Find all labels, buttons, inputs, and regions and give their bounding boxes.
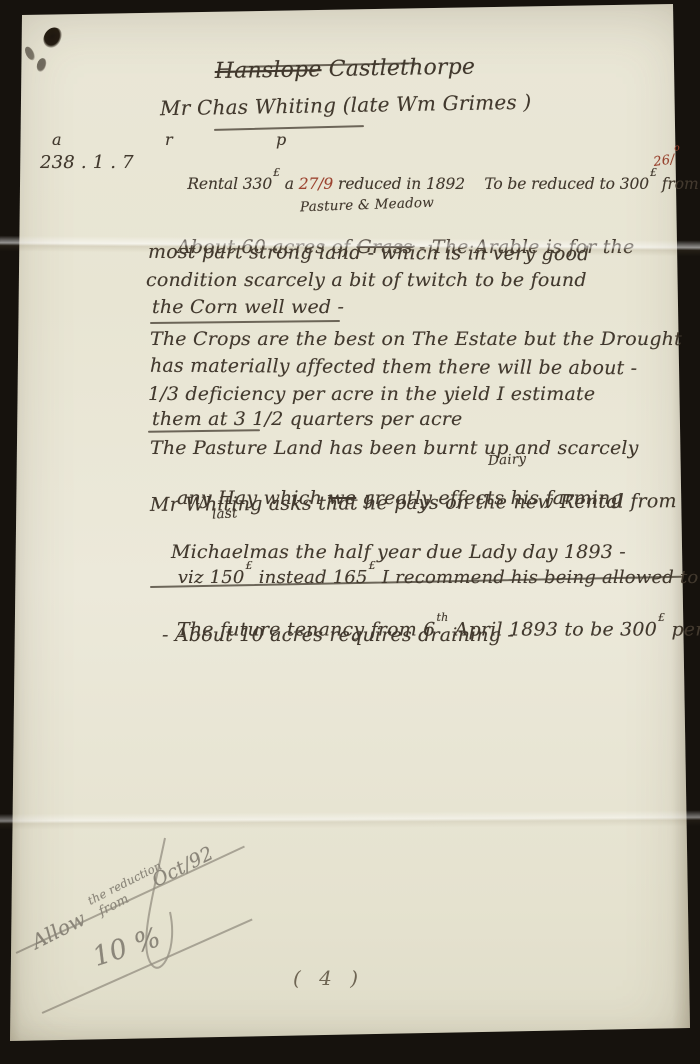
struck-place-name: Hanslope [215,57,322,84]
pound-superscript: £ [658,611,665,624]
rental-at: a [280,175,299,193]
pound-superscript: £ [273,166,280,179]
red-rate-sup: o [674,143,681,154]
paragraph-line: the Corn well wed - [152,296,344,318]
rental-part2: reduced in 1892 To be reduced to 300 [333,175,649,193]
red-rate-value: 26/ [652,152,675,170]
document-photo: Hanslope Castlethorpe Mr Chas Whiting (l… [0,0,700,1064]
text-run: per annum [665,618,700,640]
red-rate-1892: 27/9 [299,175,333,193]
page-number: ( 4 ) [293,966,364,990]
paragraph-line: 1/3 deficiency per acre in the yield I e… [148,383,595,405]
pencil-flourish [110,820,230,1000]
paragraph-line: them at 3 1/2 quarters per acre [152,408,463,430]
place-name: Castlethorpe [329,54,476,82]
paragraph-line: - About 10 acres requires draining - [162,624,514,646]
th-superscript: th [436,611,448,624]
red-rate-1893-note: 26/o [633,135,685,187]
pound-superscript: £ [369,559,376,572]
paragraph-line: most part strong land - which is in very… [148,241,590,265]
paragraph-line: The Crops are the best on The Estate but… [150,328,682,350]
paragraph-line: condition scarcely a bit of twitch to be… [146,269,587,291]
rental-part1: Rental 330 [187,175,272,193]
paragraph-line: The Pasture Land has been burnt up and s… [150,437,639,459]
pound-superscript: £ [246,559,253,572]
acreage-value: 238 . 1 . 7 [40,152,134,173]
acreage-header: a r p [52,130,299,149]
paragraph-line: has materially affected them there will … [150,355,637,380]
